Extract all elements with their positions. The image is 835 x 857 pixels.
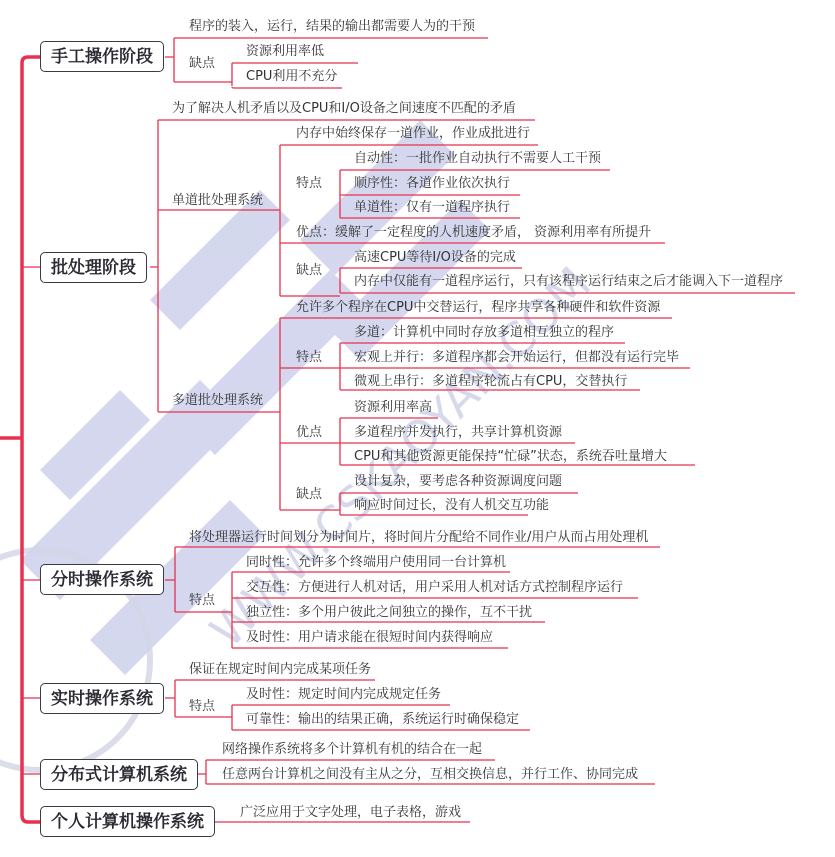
real-time-feature: 可靠性：输出的结果正确，系统运行时确保稳定	[246, 712, 519, 728]
multi-con-item: 设计复杂，要考虑各种资源调度问题	[354, 474, 562, 490]
multi-pro-item: CPU和其他资源更能保持“忙碌”状态，系统吞吐量增大	[354, 449, 667, 465]
single-batch-desc: 内存中始终保存一道作业，作业成批进行	[296, 126, 530, 142]
multi-pro-item: 资源利用率高	[354, 400, 432, 416]
manual-con-item: 资源利用率低	[246, 44, 324, 60]
topic-time-sharing[interactable]: 分时操作系统	[40, 564, 164, 595]
single-con-item: 内存中仅能有一道程序运行，只有该程序运行结束之后才能调入下一道程序	[354, 274, 783, 290]
time-sharing-feature: 同时性：允许多个终端用户使用同一台计算机	[246, 555, 506, 571]
single-feature: 顺序性：各道作业依次执行	[354, 176, 510, 192]
personal-computer-item: 广泛应用于文字处理，电子表格，游戏	[240, 805, 461, 821]
multi-feature: 微观上串行：多道程序轮流占有CPU，交替执行	[354, 374, 627, 390]
time-sharing-feature: 交互性：方便进行人机对话，用户采用人机对话方式控制程序运行	[246, 580, 623, 596]
real-time-desc: 保证在规定时间内完成某项任务	[189, 662, 371, 678]
topic-distributed[interactable]: 分布式计算机系统	[40, 759, 198, 790]
single-batch-label[interactable]: 单道批处理系统	[172, 193, 263, 209]
multi-feature: 多道：计算机中同时存放多道相互独立的程序	[354, 325, 614, 341]
distributed-item: 网络操作系统将多个计算机有机的结合在一起	[222, 742, 482, 758]
batch-desc: 为了解决人机矛盾以及CPU和I/O设备之间速度不匹配的矛盾	[172, 101, 516, 117]
time-sharing-feature: 及时性：用户请求能在很短时间内获得响应	[246, 630, 493, 646]
multi-pros-label: 优点	[296, 425, 322, 441]
time-sharing-desc: 将处理器运行时间划分为时间片，将时间片分配给不同作业/用户从而占用处理机	[189, 530, 648, 546]
single-con-item: 高速CPU等待I/O设备的完成	[354, 250, 516, 266]
single-pros: 优点：缓解了一定程度的人机速度矛盾， 资源利用率有所提升	[296, 225, 651, 241]
multi-pro-item: 多道程序并发执行，共享计算机资源	[354, 425, 562, 441]
time-sharing-feat-label: 特点	[189, 593, 215, 609]
real-time-feature: 及时性：规定时间内完成规定任务	[246, 687, 441, 703]
topic-personal-computer[interactable]: 个人计算机操作系统	[40, 806, 215, 837]
manual-con-item: CPU利用不充分	[246, 69, 337, 85]
multi-batch-desc: 允许多个程序在CPU中交替运行，程序共享各种硬件和软件资源	[296, 300, 660, 316]
topic-manual-stage[interactable]: 手工操作阶段	[40, 41, 164, 72]
manual-cons-label: 缺点	[189, 56, 215, 72]
multi-con-item: 响应时间过长，没有人机交互功能	[354, 498, 549, 514]
real-time-feat-label: 特点	[189, 699, 215, 715]
multi-feature: 宏观上并行：多道程序都会开始运行，但都没有运行完毕	[354, 350, 679, 366]
single-cons-label: 缺点	[296, 263, 322, 279]
time-sharing-feature: 独立性：多个用户彼此之间独立的操作，互不干扰	[246, 605, 532, 621]
single-feature: 自动性：一批作业自动执行不需要人工干预	[354, 151, 601, 167]
single-feat-label: 特点	[296, 176, 322, 192]
single-feature: 单道性：仅有一道程序执行	[354, 200, 510, 216]
mind-map: WWW.CSKAOYAN.COM	[0, 0, 835, 857]
multi-batch-label[interactable]: 多道批处理系统	[172, 393, 263, 409]
topic-batch-stage[interactable]: 批处理阶段	[40, 252, 147, 283]
distributed-item: 任意两台计算机之间没有主从之分，互相交换信息，并行工作、协同完成	[222, 767, 638, 783]
multi-cons-label: 缺点	[296, 487, 322, 503]
multi-feat-label: 特点	[296, 350, 322, 366]
topic-real-time[interactable]: 实时操作系统	[40, 683, 164, 714]
manual-desc: 程序的装入，运行，结果的输出都需要人为的干预	[189, 19, 475, 35]
